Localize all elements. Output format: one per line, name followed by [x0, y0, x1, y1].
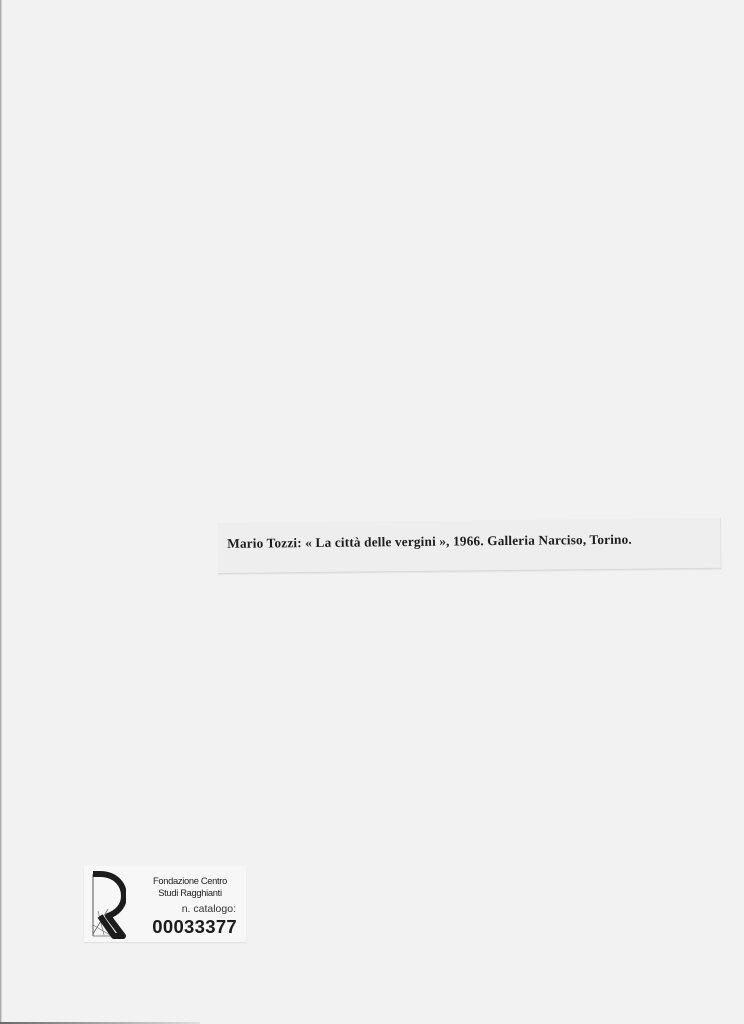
- catalog-label: n. catalogo:: [182, 903, 236, 915]
- stamp-org-line1: Fondazione Centro: [140, 875, 240, 887]
- stamp-org-line2: Studi Ragghianti: [140, 887, 240, 899]
- catalog-stamp: Fondazione Centro Studi Ragghianti n. ca…: [84, 866, 246, 942]
- catalog-number: 00033377: [152, 916, 237, 938]
- page-edge-left: [0, 0, 2, 1024]
- stamp-organization: Fondazione Centro Studi Ragghianti: [140, 875, 240, 899]
- caption-label-strip: Mario Tozzi: « La città delle vergini »,…: [218, 518, 722, 574]
- foundation-r-logo-icon: [90, 871, 126, 939]
- caption-text: Mario Tozzi: « La città delle vergini »,…: [227, 532, 632, 552]
